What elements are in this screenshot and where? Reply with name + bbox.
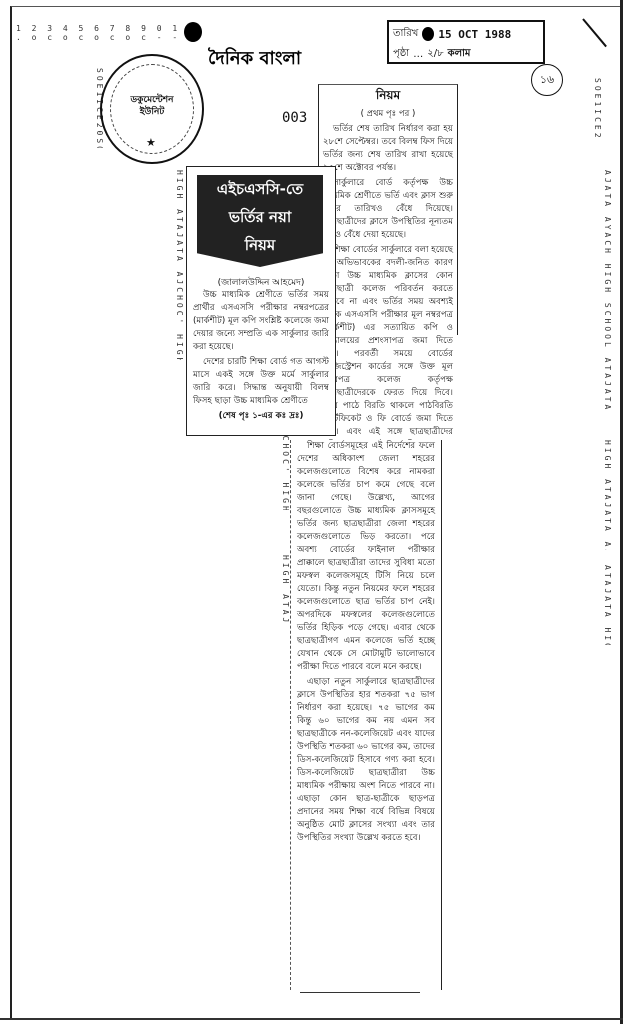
punch-hole xyxy=(184,22,202,42)
column-label: কলাম xyxy=(448,46,471,63)
ink-blot-icon xyxy=(422,27,434,41)
page-marker: 003 xyxy=(282,110,307,126)
show-through-text-right-mid: AJATA AYACH HIGH SCHOOL ATAJATA HIGH JCH… xyxy=(462,170,612,420)
show-through-text-right-bottom: ATAJATA HIGH SCHOOL ATAJ xyxy=(462,565,612,645)
paragraph: ভর্তির শেষ তারিখ নির্ধারণ করা হয় ২৮শে স… xyxy=(323,123,453,175)
headline-line: নিয়ম xyxy=(197,231,323,259)
continuation-clip-lower: শিক্ষা বোর্ডসমূহের এই নির্দেশের ফলে দেশে… xyxy=(290,440,442,990)
paragraph: এছাড়া নতুন সার্কুলারে ছাত্রছাত্রীদের ক্… xyxy=(297,676,435,845)
lead-text: উচ্চ মাধ্যমিক শ্রেণীতে ভর্তির সময় প্রার… xyxy=(193,289,329,423)
circled-number: ১৬ xyxy=(531,64,563,96)
continued-to-label: (শেষ পৃঃ ১-এর কঃ দ্রঃ) xyxy=(193,410,329,423)
paragraph: সার্কুলারে বোর্ড কর্তৃপক্ষ উচ্চ মাধ্যমিক… xyxy=(323,177,453,242)
show-through-text-left-mid: HIGH ATAJATA AJCHOC' HIGH ATAJATA HIGH S… xyxy=(14,170,184,360)
headline-banner: এইচএসসি-তে ভর্তির নয়া নিয়ম xyxy=(197,175,323,267)
show-through-text-right-lower: HIGH ATAJATA AJCHOC HIGH xyxy=(462,440,612,550)
headline-clip: এইচএসসি-তে ভর্তির নয়া নিয়ম (জালালউদ্দি… xyxy=(186,166,336,436)
star-icon: ★ xyxy=(146,136,156,149)
newspaper-masthead: দৈনিক বাংলা xyxy=(208,44,301,75)
paragraph: দেশের চারটি শিক্ষা বোর্ড গত আগস্ট মাসে এ… xyxy=(193,356,329,408)
archive-seal-stamp: ডকুমেন্টেশন ইউনিট ★ xyxy=(100,54,204,164)
paragraph: শিক্ষা বোর্ডসমূহের এই নির্দেশের ফলে দেশে… xyxy=(297,440,435,674)
show-through-text-left-upper: SOE1ICE20SOE1 SOE1ICE20SOE1 SOE1ICE20 SO… xyxy=(14,68,104,148)
continuation-text-upper: নিয়ম ( প্রথম পৃঃ পর ) ভর্তির শেষ তারিখ … xyxy=(323,85,453,454)
date-label: তারিখ xyxy=(393,26,418,43)
clip-end-rule xyxy=(300,992,420,993)
show-through-text-top: 1 2 3 4 5 6 7 8 9 0 1 2 3 4 . o c o c o … xyxy=(16,24,186,44)
continued-from-label: ( প্রথম পৃঃ পর ) xyxy=(323,108,453,121)
headline-line: এইচএসসি-তে xyxy=(197,175,323,203)
continuation-clip-upper: নিয়ম ( প্রথম পৃঃ পর ) ভর্তির শেষ তারিখ … xyxy=(318,84,458,335)
continuation-title: নিয়ম xyxy=(323,89,453,102)
page-edge-bottom xyxy=(0,1018,623,1020)
byline: (জালালউদ্দিন আহমেদ) xyxy=(195,275,327,290)
continuation-text-lower: শিক্ষা বোর্ডসমূহের এই নির্দেশের ফলে দেশে… xyxy=(297,440,435,847)
stamp-center-text: ডকুমেন্টেশন ইউনিট xyxy=(116,94,188,118)
date-stamp-box: তারিখ 15 OCT 1988 পৃষ্ঠা … ২/৮ কলাম xyxy=(387,20,545,64)
date-value: 15 OCT 1988 xyxy=(438,28,511,41)
paragraph: শিক্ষা বোর্ডের সার্কুলারে বলা হয়েছে যে … xyxy=(323,244,453,452)
page-label: পৃষ্ঠা xyxy=(393,46,409,63)
show-through-text-left-bottom: HIGH ATAJATA HIGH ATAJATA HIGH ATAJATA H… xyxy=(10,555,290,625)
paragraph: উচ্চ মাধ্যমিক শ্রেণীতে ভর্তির সময় প্রার… xyxy=(193,289,329,354)
page-value: ২/৮ xyxy=(427,46,443,63)
headline-line: ভর্তির নয়া xyxy=(197,203,323,231)
